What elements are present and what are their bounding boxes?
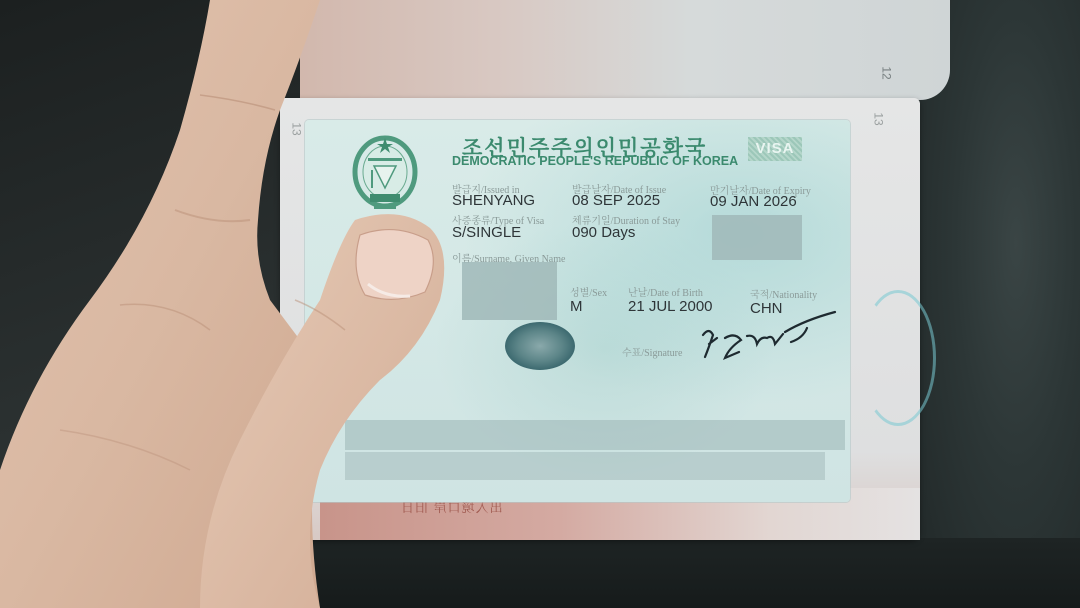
page-number-upper: 12 <box>880 66 894 79</box>
sex-label: 성별/Sex <box>570 284 607 299</box>
handwritten-signature <box>695 310 855 365</box>
redacted-visa-number <box>712 215 802 260</box>
date-of-issue-value: 08 SEP 2025 <box>572 192 660 209</box>
entry-stamp <box>860 290 936 426</box>
car-seat-background-right <box>920 0 1080 608</box>
date-of-expiry-value: 09 JAN 2026 <box>710 193 797 210</box>
page-number-lower: 13 <box>872 112 886 125</box>
type-of-visa-value: S/SINGLE <box>452 224 521 241</box>
sex-value: M <box>570 298 583 315</box>
signature-label: 수표/Signature <box>622 344 682 359</box>
official-seal-icon <box>505 322 575 370</box>
issued-in-value: SHENYANG <box>452 192 535 209</box>
redacted-name <box>462 262 557 320</box>
date-of-birth-label: 난날/Date of Birth <box>628 284 703 299</box>
hand <box>0 0 460 608</box>
duration-of-stay-value: 090 Days <box>572 224 635 241</box>
visa-title-english: DEMOCRATIC PEOPLE'S REPUBLIC OF KOREA <box>452 154 738 168</box>
photo-scene: 12 13 13 出入境口岸 旧日 조선민주주의인민공화국 DEMOCRATIC… <box>0 0 1080 608</box>
visa-badge: VISA <box>748 137 802 161</box>
nationality-label: 국적/Nationality <box>750 286 817 301</box>
